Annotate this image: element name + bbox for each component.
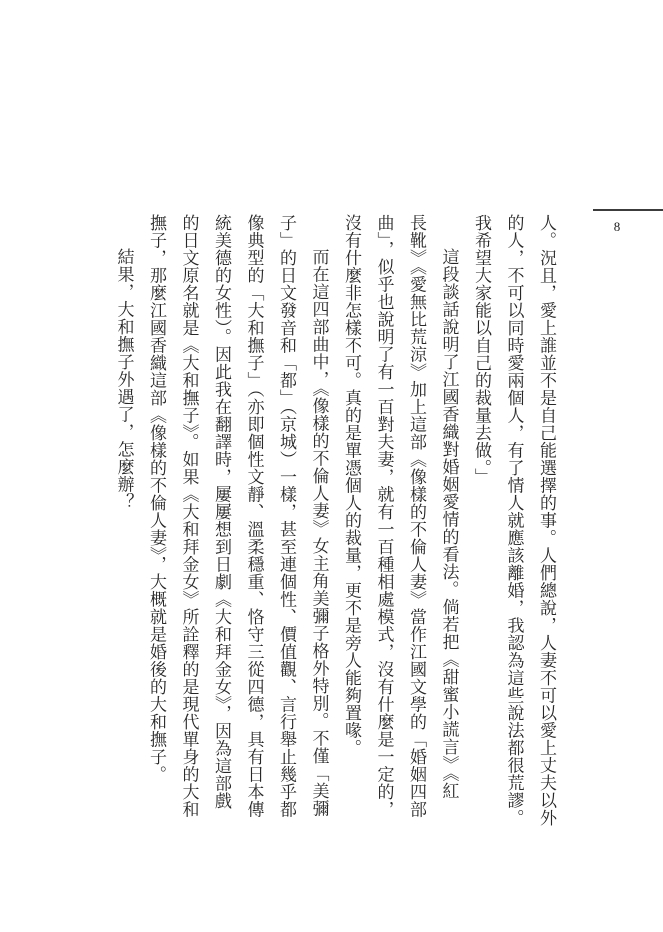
text-column: 沒有什麼非怎樣不可。真的是單憑個人的裁量，更不是旁人能夠置喙。 [335, 214, 368, 836]
header-rule [593, 209, 663, 211]
book-page: 8 人。況且，愛上誰並不是自己能選擇的事。人們總說，人妻不可以愛上丈夫以外的人，… [0, 0, 663, 932]
vertical-text-block: 人。況且，愛上誰並不是自己能選擇的事。人們總說，人妻不可以愛上丈夫以外的人，不可… [107, 214, 562, 836]
paragraph: 人。況且，愛上誰並不是自己能選擇的事。人們總說，人妻不可以愛上丈夫以外的人，不可… [465, 214, 563, 836]
paragraph: 而在這四部曲中，《像樣的不倫人妻》女主角美彌子格外特別。不僅「美彌子」的日文發音… [140, 214, 335, 836]
text-column: 人。況且，愛上誰並不是自己能選擇的事。人們總說，人妻不可以愛上丈夫以外 [530, 214, 563, 836]
text-column: 這段談話說明了江國香織對婚姻愛情的看法。倘若把《甜蜜小謊言》《紅 [432, 214, 465, 836]
text-column: 像典型的「大和撫子」（亦即個性文靜、溫柔穩重、恪守三從四德，具有日本傳 [237, 214, 270, 836]
text-column: 撫子，那麼江國香織這部《像樣的不倫人妻》，大概就是婚後的大和撫子。 [140, 214, 173, 836]
text-column: 而在這四部曲中，《像樣的不倫人妻》女主角美彌子格外特別。不僅「美彌 [302, 214, 335, 836]
text-column: 曲」，似乎也說明了有一百對夫妻，就有一百種相處模式，沒有什麼是一定的， [367, 214, 400, 836]
text-column: 的人，不可以同時愛兩個人，有了情人就應該離婚，我認為這些說法都很荒謬。 [497, 214, 530, 836]
paragraph: 結果，大和撫子外遇了，怎麼辦？ [107, 214, 140, 836]
text-column: 結果，大和撫子外遇了，怎麼辦？ [107, 214, 140, 836]
text-column: 長靴》《愛無比荒涼》加上這部《像樣的不倫人妻》當作江國文學的「婚姻四部 [400, 214, 433, 836]
page-number: 8 [604, 219, 630, 235]
text-column: 子」的日文發音和「都」（京城）一樣，甚至連個性、價值觀、言行舉止幾乎都 [270, 214, 303, 836]
paragraph: 這段談話說明了江國香織對婚姻愛情的看法。倘若把《甜蜜小謊言》《紅長靴》《愛無比荒… [335, 214, 465, 836]
text-column: 的日文原名就是《大和撫子》。如果《大和拜金女》所詮釋的是現代單身的大和 [172, 214, 205, 836]
text-column: 我希望大家能以自己的裁量去做。」 [465, 214, 498, 836]
text-column: 統美德的女性）。因此我在翻譯時，屢屢想到日劇《大和拜金女》，因為這部戲 [205, 214, 238, 836]
